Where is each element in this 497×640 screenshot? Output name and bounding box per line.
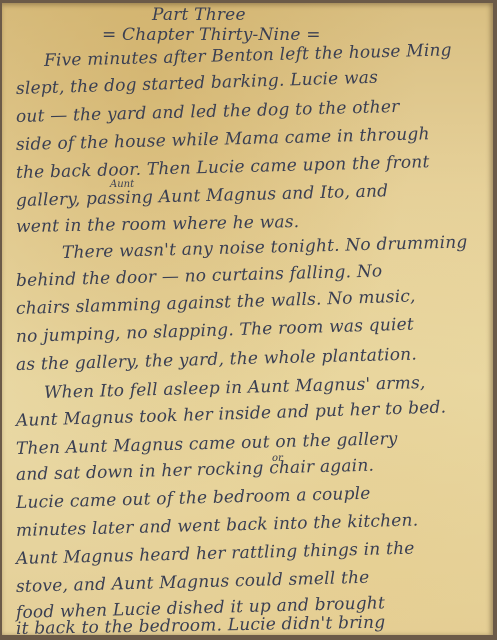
scanned-manuscript-page: Part Three = Chapter Thirty-Nine = Five … [0,0,497,640]
manuscript-line: Aunt Magnus heard her rattling things in… [16,539,415,569]
chapter-heading: = Chapter Thirty-Nine = [102,25,321,45]
manuscript-line: as the gallery, the yard, the whole plan… [16,345,417,375]
part-heading: Part Three [152,5,246,25]
manuscript-line: behind the door — no curtains falling. N… [16,261,383,291]
manuscript-line: There wasn't any noise tonight. No drumm… [62,232,468,263]
paper-sheet: Part Three = Chapter Thirty-Nine = Five … [2,3,493,635]
manuscript-line: Lucie came out of the bedroom a couple [16,484,371,513]
manuscript-line: Then Aunt Magnus came out on the gallery [16,429,398,459]
manuscript-line: side of the house while Mama came in thr… [16,124,430,155]
manuscript-line: chairs slamming against the walls. No mu… [16,286,416,319]
manuscript-line: When Ito fell asleep in Aunt Magnus' arm… [44,373,426,403]
manuscript-line: and sat down in her rocking chair again. [16,456,375,485]
manuscript-line: minutes later and went back into the kit… [16,510,419,541]
manuscript-line: out — the yard and led the dog to the ot… [16,97,400,127]
manuscript-line: Aunt Magnus took her inside and put her … [16,397,447,431]
manuscript-line: gallery, passing Aunt Magnus and Ito, an… [16,181,389,211]
manuscript-line: slept, the dog started barking. Lucie wa… [16,68,379,99]
manuscript-line: stove, and Aunt Magnus could smell the [16,568,370,597]
manuscript-line: no jumping, no slapping. The room was qu… [16,315,414,347]
manuscript-line: the back door. Then Lucie came upon the … [16,152,430,183]
manuscript-line: went in the room where he was. [16,212,300,237]
